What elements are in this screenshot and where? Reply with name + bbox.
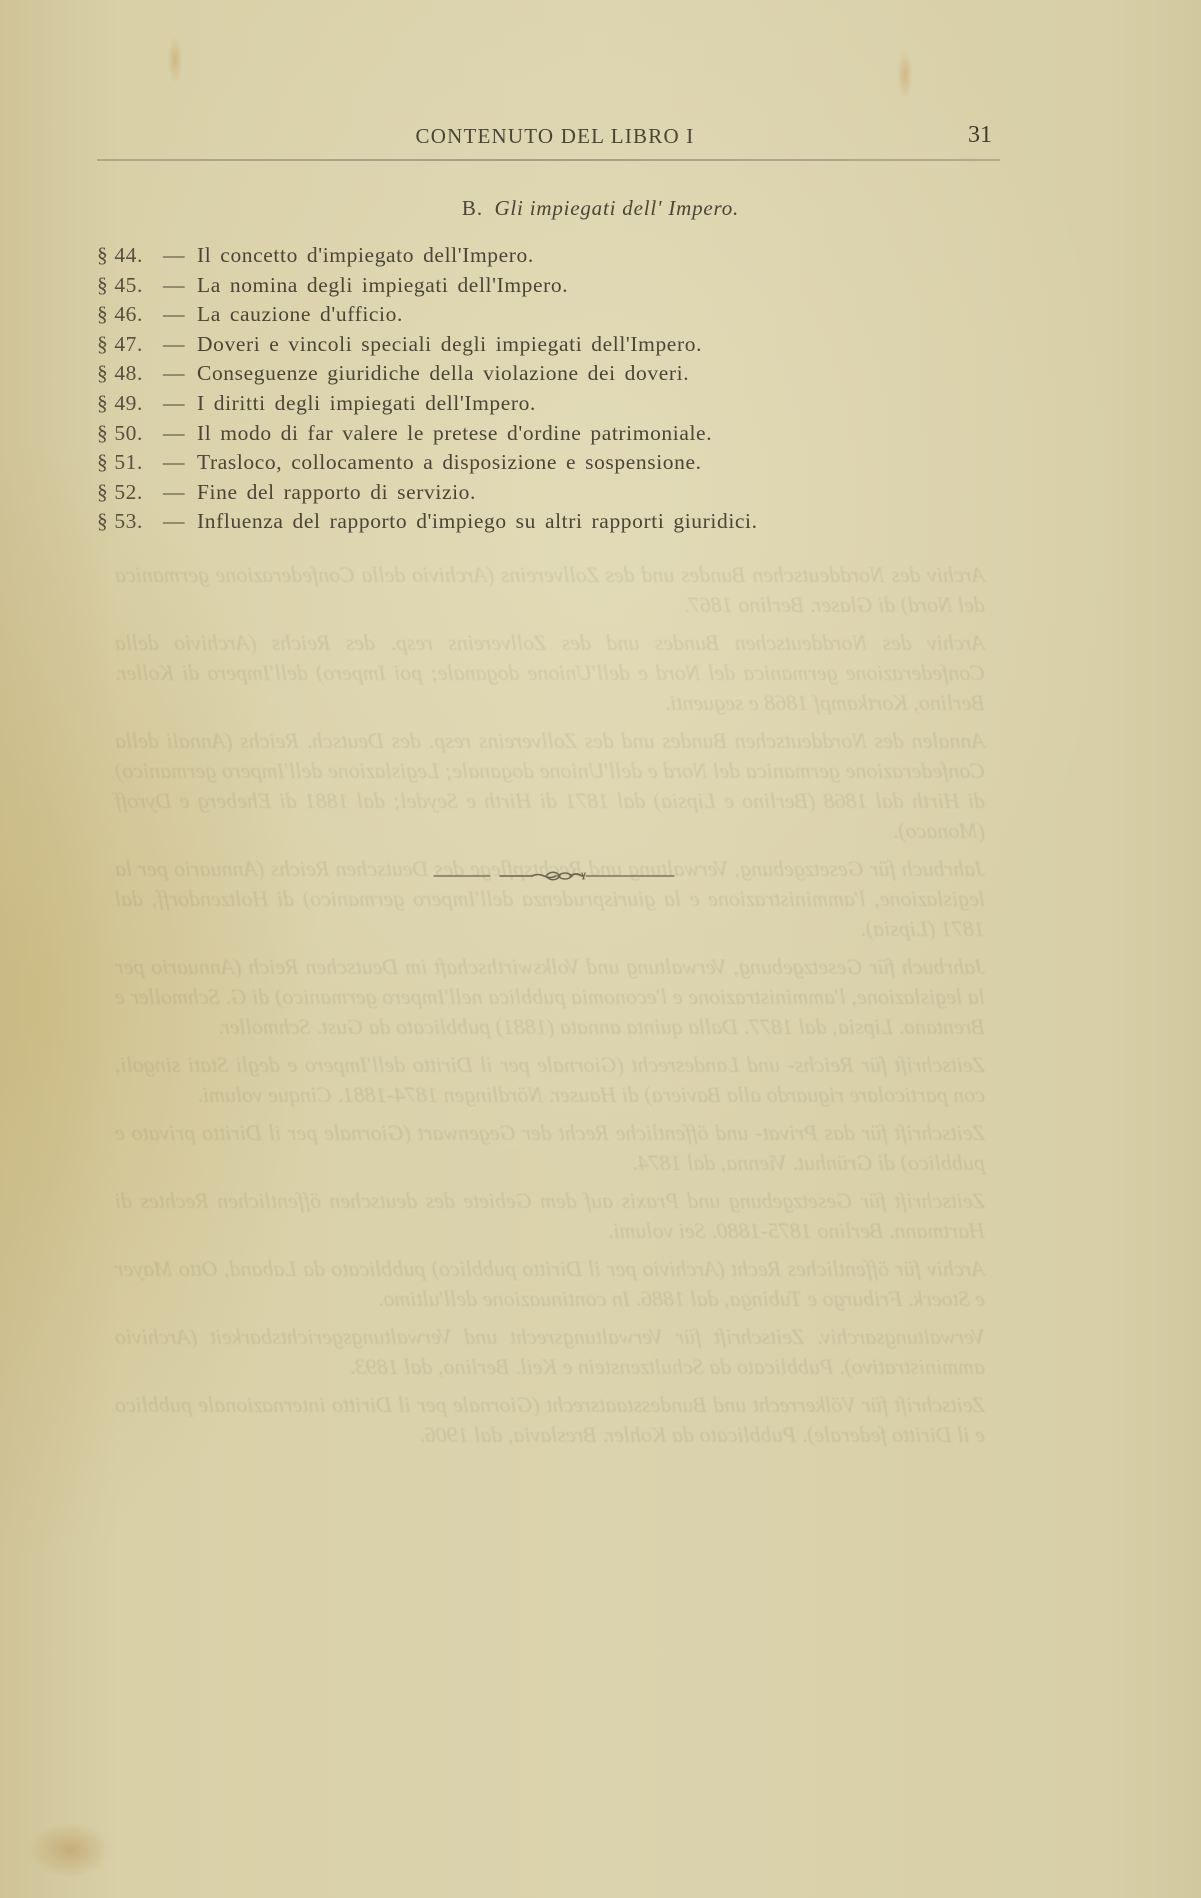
toc-entry: § 46.—La cauzione d'ufficio. [97,300,997,330]
section-number: § 51. [97,448,163,478]
dash: — [163,507,197,537]
running-header: CONTENUTO DEL LIBRO I 31 [0,124,1201,154]
toc-entry: § 45.—La nomina degli impiegati dell'Imp… [97,271,997,301]
entry-title: I diritti degli impiegati dell'Impero. [197,391,536,415]
header-rule [97,159,1000,161]
section-letter: B. [462,196,483,220]
section-number: § 44. [97,241,163,271]
dash: — [163,300,197,330]
toc-entry: § 44.—Il concetto d'impiegato dell'Imper… [97,241,997,271]
entry-title: Influenza del rapporto d'impiego su altr… [197,509,758,533]
entry-title: Il concetto d'impiegato dell'Impero. [197,243,534,267]
section-number: § 49. [97,389,163,419]
toc-entry: § 52.—Fine del rapporto di servizio. [97,478,997,508]
dash: — [163,241,197,271]
entry-title: La cauzione d'ufficio. [197,302,403,326]
dash: — [163,389,197,419]
toc-entry: § 49.—I diritti degli impiegati dell'Imp… [97,389,997,419]
section-number: § 50. [97,419,163,449]
dash: — [163,359,197,389]
page-number: 31 [968,122,992,149]
dash: — [163,330,197,360]
dash: — [163,419,197,449]
entry-title: Trasloco, collocamento a disposizione e … [197,450,702,474]
section-number: § 53. [97,507,163,537]
page-content: CONTENUTO DEL LIBRO I 31 B. Gli impiegat… [0,0,1201,1898]
entry-title: Fine del rapporto di servizio. [197,480,476,504]
toc-entry: § 47.—Doveri e vincoli speciali degli im… [97,330,997,360]
running-head-title: CONTENUTO DEL LIBRO I [385,124,725,149]
decorative-rule-ornament-icon [432,868,676,884]
section-title: Gli impiegati dell' Impero. [494,196,739,220]
section-number: § 46. [97,300,163,330]
entry-title: La nomina degli impiegati dell'Impero. [197,273,568,297]
section-number: § 52. [97,478,163,508]
toc-entry: § 50.—Il modo di far valere le pretese d… [97,419,997,449]
dash: — [163,448,197,478]
section-number: § 47. [97,330,163,360]
toc-entry: § 53.—Influenza del rapporto d'impiego s… [97,507,997,537]
dash: — [163,478,197,508]
dash: — [163,271,197,301]
section-number: § 48. [97,359,163,389]
table-of-contents: § 44.—Il concetto d'impiegato dell'Imper… [97,241,997,537]
section-number: § 45. [97,271,163,301]
entry-title: Il modo di far valere le pretese d'ordin… [197,421,712,445]
toc-entry: § 51.—Trasloco, collocamento a disposizi… [97,448,997,478]
entry-title: Conseguenze giuridiche della violazione … [197,361,689,385]
entry-title: Doveri e vincoli speciali degli impiegat… [197,332,702,356]
toc-entry: § 48.—Conseguenze giuridiche della viola… [97,359,997,389]
section-heading: B. Gli impiegati dell' Impero. [0,196,1201,221]
